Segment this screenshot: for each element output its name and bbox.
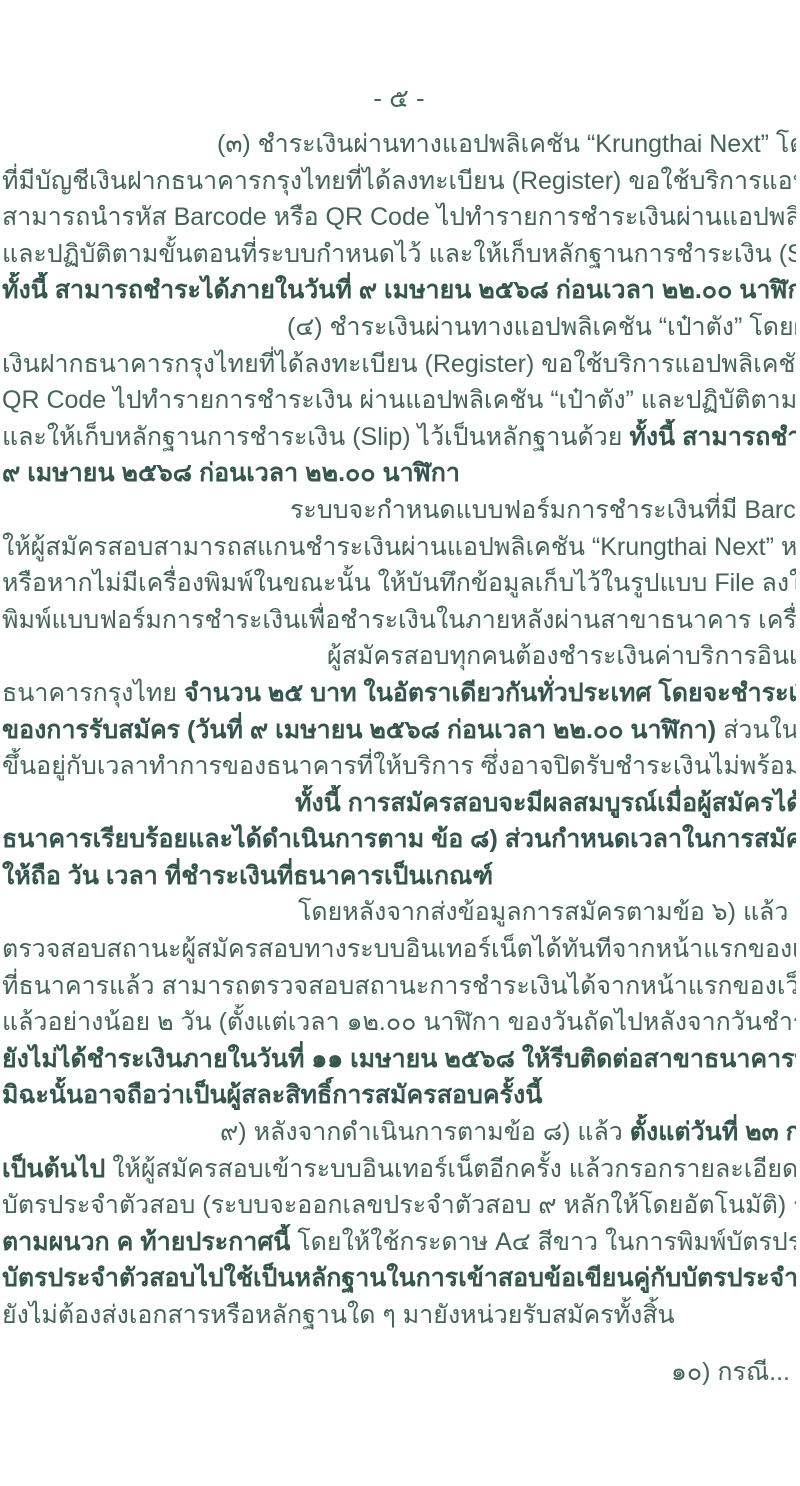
- text-run: ให้ผู้สมัครสอบสามารถสแกนชำระเงินผ่านแอปพ…: [2, 533, 796, 561]
- bold-text-run: มิฉะนั้นอาจถือว่าเป็นผู้สละสิทธิ์การสมัค…: [2, 1081, 542, 1109]
- text-run: โดยหลังจากส่งข้อมูลการสมัครตามข้อ ๖) แล้…: [298, 898, 796, 926]
- text-line: ธนาคารกรุงไทย จำนวน ๒๕ บาท ในอัตราเดียวก…: [2, 675, 796, 712]
- continuation-marker: ๑๐) กรณี...: [2, 1354, 796, 1391]
- text-line: (๓) ชำระเงินผ่านทางแอปพลิเคชัน “Krungtha…: [2, 126, 796, 163]
- text-line: และปฏิบัติตามขั้นตอนที่ระบบกำหนดไว้ และใ…: [2, 236, 796, 273]
- text-line: บัตรประจำตัวสอบ (ระบบจะออกเลขประจำตัวสอบ…: [2, 1187, 796, 1224]
- text-run: ตรวจสอบสถานะผู้สมัครสอบทางระบบอินเทอร์เน…: [2, 935, 796, 963]
- text-line: พิมพ์แบบฟอร์มการชำระเงินเพื่อชำระเงินในภ…: [2, 602, 796, 639]
- bold-text-run: ยังไม่ได้ชำระเงินภายในวันที่ ๑๑ เมษายน ๒…: [2, 1045, 796, 1073]
- bold-text-run: ทั้งนี้ สามารถชำระได้ภายในวันที่ ๙ เมษาย…: [2, 276, 796, 304]
- text-line: ขึ้นอยู่กับเวลาทำการของธนาคารที่ให้บริกา…: [2, 748, 796, 785]
- text-run: เงินฝากธนาคารกรุงไทยที่ได้ลงทะเบียน (Reg…: [2, 350, 796, 378]
- text-line: ยังไม่ต้องส่งเอกสารหรือหลักฐานใด ๆ มายัง…: [2, 1297, 796, 1334]
- text-line: เป็นต้นไป ให้ผู้สมัครสอบเข้าระบบอินเทอร์…: [2, 1151, 796, 1188]
- paragraph-status-check: โดยหลังจากส่งข้อมูลการสมัครตามข้อ ๖) แล้…: [2, 894, 796, 1114]
- text-run: ที่ธนาคารแล้ว สามารถตรวจสอบสถานะการชำระเ…: [2, 972, 796, 1000]
- text-run: โดยให้ใช้กระดาษ A๔ สีขาว ในการพิมพ์บัตรป…: [290, 1228, 796, 1256]
- text-line: สามารถนำรหัส Barcode หรือ QR Code ไปทำรา…: [2, 199, 796, 236]
- text-line: หรือหากไม่มีเครื่องพิมพ์ในขณะนั้น ให้บัน…: [2, 565, 796, 602]
- text-run: และปฏิบัติตามขั้นตอนที่ระบบกำหนดไว้ และใ…: [2, 240, 796, 268]
- text-line: แล้วอย่างน้อย ๒ วัน (ตั้งแต่เวลา ๑๒.๐๐ น…: [2, 1004, 796, 1041]
- bold-text-run: ของการรับสมัคร (วันที่ ๙ เมษายน ๒๕๖๘ ก่อ…: [2, 716, 716, 744]
- text-line: QR Code ไปทำรายการชำระเงิน ผ่านแอปพลิเคช…: [2, 382, 796, 419]
- paragraph-4-paotang: (๔) ชำระเงินผ่านทางแอปพลิเคชัน “เป๋าตัง”…: [2, 309, 796, 492]
- text-line: ตามผนวก ค ท้ายประกาศนี้ โดยให้ใช้กระดาษ …: [2, 1224, 796, 1261]
- text-line: ยังไม่ได้ชำระเงินภายในวันที่ ๑๑ เมษายน ๒…: [2, 1041, 796, 1078]
- bold-text-run: จำนวน ๒๕ บาท ในอัตราเดียวกันทั่วประเทศ โ…: [184, 679, 796, 707]
- text-line: ธนาคารเรียบร้อยและได้ดำเนินการตาม ข้อ ๘)…: [2, 821, 796, 858]
- text-line: และให้เก็บหลักฐานการชำระเงิน (Slip) ไว้เ…: [2, 419, 796, 456]
- text-line: เงินฝากธนาคารกรุงไทยที่ได้ลงทะเบียน (Reg…: [2, 346, 796, 383]
- text-run: ผู้สมัครสอบทุกคนต้องชำระเงินค่าบริการอิน…: [327, 642, 796, 670]
- text-run: ส่วนในช่องทางเคาน์เตอร์ธนาคาร: [716, 716, 796, 744]
- text-run: แล้วอย่างน้อย ๒ วัน (ตั้งแต่เวลา ๑๒.๐๐ น…: [2, 1008, 796, 1036]
- bold-text-run: เป็นต้นไป: [2, 1155, 105, 1183]
- document-body: (๓) ชำระเงินผ่านทางแอปพลิเคชัน “Krungtha…: [2, 126, 796, 1334]
- text-line: (๔) ชำระเงินผ่านทางแอปพลิเคชัน “เป๋าตัง”…: [2, 309, 796, 346]
- text-line: โดยหลังจากส่งข้อมูลการสมัครตามข้อ ๖) แล้…: [2, 894, 796, 931]
- text-run: (๓) ชำระเงินผ่านทางแอปพลิเคชัน “Krungtha…: [217, 130, 796, 158]
- text-line: ให้ถือ วัน เวลา ที่ชำระเงินที่ธนาคารเป็น…: [2, 858, 796, 895]
- scanned-document-page: - ๕ - (๓) ชำระเงินผ่านทางแอปพลิเคชัน “Kr…: [0, 0, 800, 1486]
- text-run: บัตรประจำตัวสอบ (ระบบจะออกเลขประจำตัวสอบ…: [2, 1191, 796, 1219]
- bold-text-run: ตามผนวก ค ท้ายประกาศนี้: [2, 1228, 290, 1256]
- paragraph-3-krungthai-next: (๓) ชำระเงินผ่านทางแอปพลิเคชัน “Krungtha…: [2, 126, 796, 309]
- text-run: ยังไม่ต้องส่งเอกสารหรือหลักฐานใด ๆ มายัง…: [2, 1301, 675, 1329]
- text-run: ๙) หลังจากดำเนินการตามข้อ ๘) แล้ว: [220, 1118, 630, 1146]
- bold-text-run: บัตรประจำตัวสอบไปใช้เป็นหลักฐานในการเข้า…: [2, 1264, 796, 1292]
- text-line: ทั้งนี้ สามารถชำระได้ภายในวันที่ ๙ เมษาย…: [2, 272, 796, 309]
- bold-text-run: ทั้งนี้ การสมัครสอบจะมีผลสมบูรณ์เมื่อผู้…: [295, 789, 796, 817]
- page-number: - ๕ -: [2, 80, 796, 116]
- text-run: สามารถนำรหัส Barcode หรือ QR Code ไปทำรา…: [2, 203, 796, 231]
- text-run: หรือหากไม่มีเครื่องพิมพ์ในขณะนั้น ให้บัน…: [2, 569, 796, 597]
- text-run: พิมพ์แบบฟอร์มการชำระเงินเพื่อชำระเงินในภ…: [2, 606, 796, 634]
- text-run: ระบบจะกำหนดแบบฟอร์มการชำระเงินที่มี Barc…: [290, 496, 796, 524]
- text-line: ทั้งนี้ การสมัครสอบจะมีผลสมบูรณ์เมื่อผู้…: [2, 785, 796, 822]
- text-line: ที่ธนาคารแล้ว สามารถตรวจสอบสถานะการชำระเ…: [2, 968, 796, 1005]
- paragraph-9-exam-card: ๙) หลังจากดำเนินการตามข้อ ๘) แล้ว ตั้งแต…: [2, 1114, 796, 1334]
- text-line: บัตรประจำตัวสอบไปใช้เป็นหลักฐานในการเข้า…: [2, 1260, 796, 1297]
- text-run: ให้ผู้สมัครสอบเข้าระบบอินเทอร์เน็ตอีกครั…: [105, 1155, 796, 1183]
- bold-text-run: ทั้งนี้ สามารถชำระได้ภายในวันที่: [629, 423, 796, 451]
- text-run: QR Code ไปทำรายการชำระเงิน ผ่านแอปพลิเคช…: [2, 386, 796, 414]
- text-run: ธนาคารกรุงไทย: [2, 679, 184, 707]
- text-run: (๔) ชำระเงินผ่านทางแอปพลิเคชัน “เป๋าตัง”…: [287, 313, 796, 341]
- text-line: มิฉะนั้นอาจถือว่าเป็นผู้สละสิทธิ์การสมัค…: [2, 1077, 796, 1114]
- bold-text-run: ๙ เมษายน ๒๕๖๘ ก่อนเวลา ๒๒.๐๐ นาฬิกา: [2, 459, 460, 487]
- bold-text-run: ธนาคารเรียบร้อยและได้ดำเนินการตาม ข้อ ๘)…: [2, 825, 796, 853]
- text-line: ตรวจสอบสถานะผู้สมัครสอบทางระบบอินเทอร์เน…: [2, 931, 796, 968]
- bold-text-run: ตั้งแต่วันที่ ๒๓ กรกฎาคม ๒๕๖๘: [630, 1118, 796, 1146]
- text-run: ขึ้นอยู่กับเวลาทำการของธนาคารที่ให้บริกา…: [2, 752, 796, 780]
- text-line: ที่มีบัญชีเงินฝากธนาคารกรุงไทยที่ได้ลงทะ…: [2, 163, 796, 200]
- text-line: ๙) หลังจากดำเนินการตามข้อ ๘) แล้ว ตั้งแต…: [2, 1114, 796, 1151]
- text-line: ให้ผู้สมัครสอบสามารถสแกนชำระเงินผ่านแอปพ…: [2, 529, 796, 566]
- text-line: ๙ เมษายน ๒๕๖๘ ก่อนเวลา ๒๒.๐๐ นาฬิกา: [2, 455, 796, 492]
- text-line: ของการรับสมัคร (วันที่ ๙ เมษายน ๒๕๖๘ ก่อ…: [2, 712, 796, 749]
- paragraph-completion-note: ทั้งนี้ การสมัครสอบจะมีผลสมบูรณ์เมื่อผู้…: [2, 785, 796, 895]
- text-run: และให้เก็บหลักฐานการชำระเงิน (Slip) ไว้เ…: [2, 423, 629, 451]
- paragraph-fee: ผู้สมัครสอบทุกคนต้องชำระเงินค่าบริการอิน…: [2, 638, 796, 784]
- text-line: ระบบจะกำหนดแบบฟอร์มการชำระเงินที่มี Barc…: [2, 492, 796, 529]
- text-line: ผู้สมัครสอบทุกคนต้องชำระเงินค่าบริการอิน…: [2, 638, 796, 675]
- paragraph-payment-form: ระบบจะกำหนดแบบฟอร์มการชำระเงินที่มี Barc…: [2, 492, 796, 638]
- text-run: ที่มีบัญชีเงินฝากธนาคารกรุงไทยที่ได้ลงทะ…: [2, 167, 796, 195]
- bold-text-run: ให้ถือ วัน เวลา ที่ชำระเงินที่ธนาคารเป็น…: [2, 862, 493, 890]
